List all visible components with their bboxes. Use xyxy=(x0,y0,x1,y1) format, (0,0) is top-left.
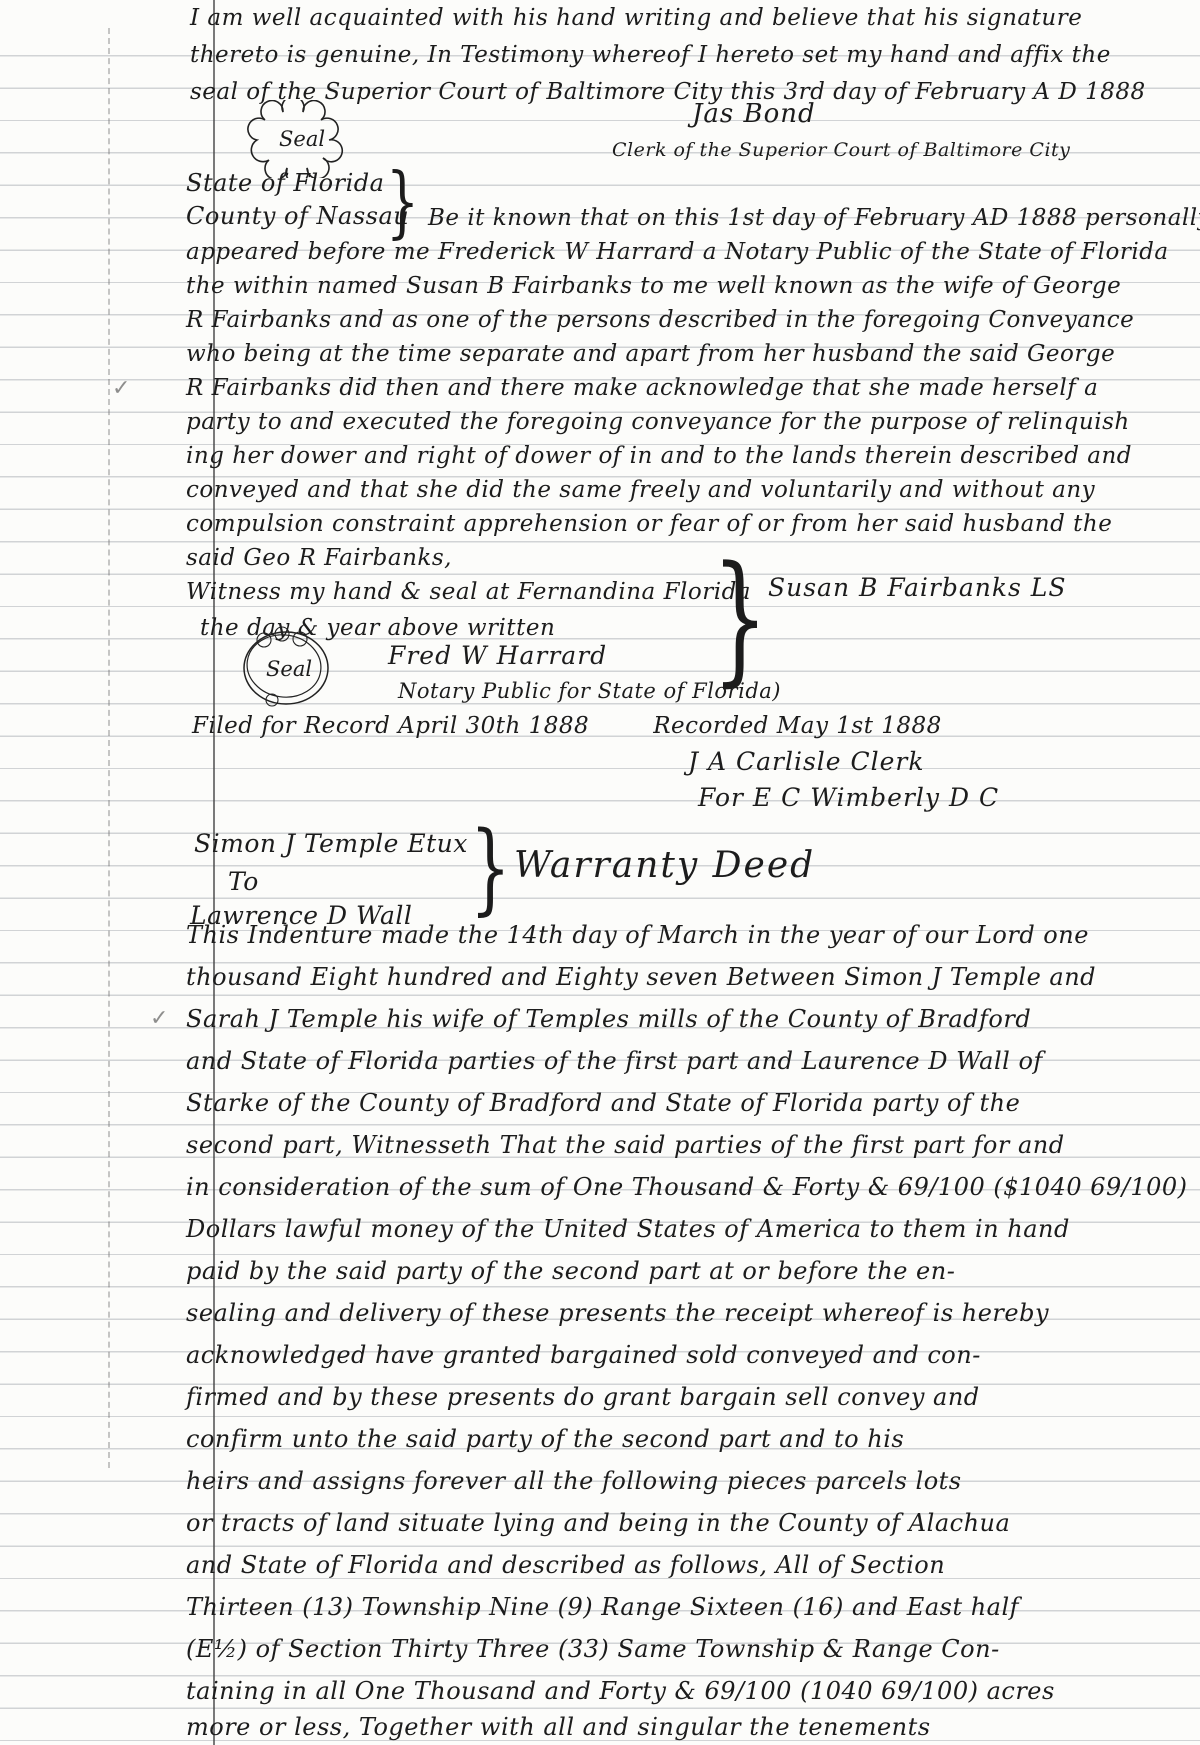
margin-check-mark: ✓ xyxy=(112,376,130,401)
deed-body-line: second part, Witnesseth That the said pa… xyxy=(186,1132,1065,1158)
deed-body-line: taining in all One Thousand and Forty & … xyxy=(186,1678,1055,1704)
ack-body-line: conveyed and that she did the same freel… xyxy=(186,478,1095,503)
deed-body-line: and State of Florida and described as fo… xyxy=(186,1552,945,1578)
certificate-line: I am well acquainted with his hand writi… xyxy=(190,6,1082,31)
ack-body-line: R Fairbanks and as one of the persons de… xyxy=(186,308,1134,333)
deed-body-line: Starke of the County of Bradford and Sta… xyxy=(186,1090,1020,1116)
notary-signature: Fred W Harrard xyxy=(388,642,607,670)
margin-check-mark: ✓ xyxy=(150,1006,168,1031)
deed-body-line: paid by the said party of the second par… xyxy=(186,1258,955,1284)
to-label: To xyxy=(228,868,259,896)
deed-body-line: Dollars lawful money of the United State… xyxy=(186,1216,1070,1242)
deed-body-line: thousand Eight hundred and Eighty seven … xyxy=(186,964,1096,990)
deed-body-line: firmed and by these presents do grant ba… xyxy=(186,1384,980,1410)
seal-label: Seal xyxy=(266,657,312,681)
grantor-name: Simon J Temple Etux xyxy=(194,830,468,858)
ack-opening-line: Be it known that on this 1st day of Febr… xyxy=(428,206,1200,231)
witness-line: Witness my hand & seal at Fernandina Flo… xyxy=(186,580,751,605)
deed-body-line: more or less, Together with all and sing… xyxy=(186,1714,931,1740)
deputy-clerk-signature: For E C Wimberly D C xyxy=(698,784,999,812)
deed-book-page: ✓ ✓ I am well acquainted with his hand w… xyxy=(0,0,1200,1745)
ack-body-line: the within named Susan B Fairbanks to me… xyxy=(186,274,1121,299)
caption-brace: } xyxy=(386,164,419,242)
recorded-text: Recorded May 1st 1888 xyxy=(653,713,942,739)
deed-body-line: This Indenture made the 14th day of Marc… xyxy=(186,922,1089,948)
filed-text: Filed for Record April 30th 1888 xyxy=(192,713,589,739)
ack-body-line: who being at the time separate and apart… xyxy=(186,342,1115,367)
clerk-signature-title: Clerk of the Superior Court of Baltimore… xyxy=(612,140,1070,161)
notary-seal-drawing: Seal xyxy=(232,624,340,712)
signer-signature: Susan B Fairbanks LS xyxy=(768,574,1067,602)
ack-body-line: ing her dower and right of dower of in a… xyxy=(186,444,1132,469)
deed-body-line: heirs and assigns forever all the follow… xyxy=(186,1468,962,1494)
ack-body-line: party to and executed the foregoing conv… xyxy=(186,410,1130,435)
county-caption: County of Nassau xyxy=(186,203,409,229)
state-caption: State of Florida xyxy=(186,170,384,196)
deed-body-line: or tracts of land situate lying and bein… xyxy=(186,1510,1010,1536)
deed-body-line: and State of Florida parties of the firs… xyxy=(186,1048,1043,1074)
recording-line: Filed for Record April 30th 1888Recorded… xyxy=(192,714,942,739)
fold-crease-line xyxy=(108,28,110,1468)
deed-body-line: confirm unto the said party of the secon… xyxy=(186,1426,904,1452)
clerk-of-court-signature: J A Carlisle Clerk xyxy=(688,748,925,776)
deed-body-line: (E½) of Section Thirty Three (33) Same T… xyxy=(186,1636,1000,1662)
seal-label: Seal xyxy=(279,127,325,151)
deed-body-line: sealing and delivery of these presents t… xyxy=(186,1300,1049,1326)
deed-body-line: Sarah J Temple his wife of Temples mills… xyxy=(186,1006,1031,1032)
deed-body-line: Thirteen (13) Township Nine (9) Range Si… xyxy=(186,1594,1019,1620)
clerk-signature: Jas Bond xyxy=(692,100,816,129)
deed-body-line: acknowledged have granted bargained sold… xyxy=(186,1342,981,1368)
deed-title: Warranty Deed xyxy=(514,846,815,886)
ack-body-line: compulsion constraint apprehension or fe… xyxy=(186,512,1112,537)
ack-body-line: appeared before me Frederick W Harrard a… xyxy=(186,240,1169,265)
ack-body-line: said Geo R Fairbanks, xyxy=(186,546,452,571)
court-seal-drawing: Seal xyxy=(245,100,350,178)
witness-brace: } xyxy=(712,548,768,689)
deed-body-line: in consideration of the sum of One Thous… xyxy=(186,1174,1188,1200)
certificate-line: thereto is genuine, In Testimony whereof… xyxy=(190,43,1111,68)
notary-title: Notary Public for State of Florida) xyxy=(398,680,781,703)
caption-brace: } xyxy=(470,820,511,919)
ack-body-line: R Fairbanks did then and there make ackn… xyxy=(186,376,1098,401)
